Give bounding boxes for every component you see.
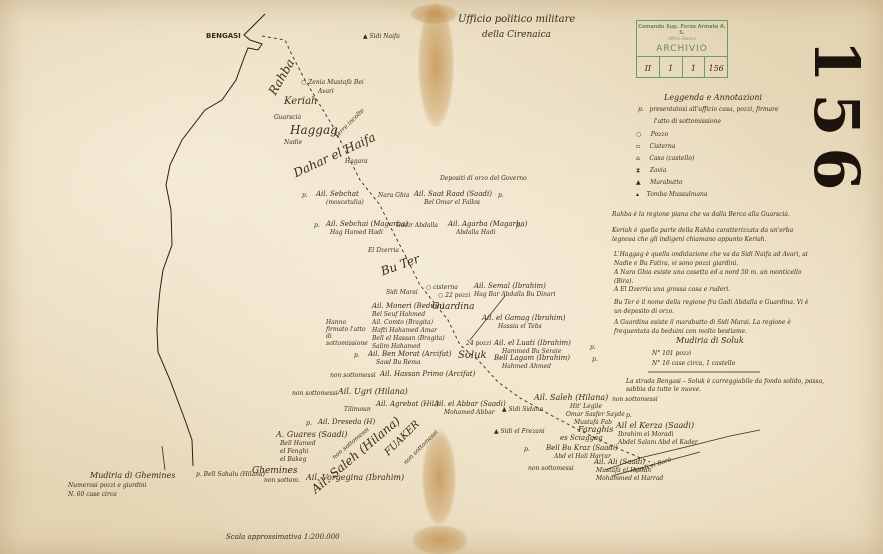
p-marker: p.: [306, 420, 312, 427]
title-line-1: Ufficio politico militare: [458, 14, 575, 25]
stamp-cell: 1: [682, 57, 705, 77]
tribe-gamag-sub: Hassia el Tebs: [498, 323, 542, 330]
p-marker: p.: [498, 192, 504, 199]
tribe-hassan-b: Bell el Hassan (Bragita): [372, 335, 445, 342]
road-note: La strada Bengasi – Soluk è carreggiabil…: [626, 378, 826, 394]
tribe-kerza-sub1: Ibrahim el Moradi: [618, 431, 673, 438]
place-cisterna: ○ cisterna: [426, 284, 458, 291]
annotation-guardina: A Guardina esiste il marabutto di Sidi M…: [614, 318, 819, 336]
place-sidi-frezani: ▲ Sidi el Frezani: [494, 428, 545, 435]
tribe-comto-sub: Hafti Hahamed Amar: [372, 327, 437, 334]
stamp-archivio: ARCHIVIO: [637, 44, 727, 54]
sheet-digit: 6: [809, 129, 863, 209]
stamp-line-2: Ufficio Storico: [637, 36, 727, 41]
place-tilimoun: Tilimoun: [344, 406, 371, 413]
tribe-ail-ali: Ail. Ali (Saadi): [594, 458, 645, 466]
place-el-dzerria: El Dzerria: [368, 247, 399, 254]
legend-label: Marabutto: [650, 179, 682, 186]
tribe-lagam: Bell Lagam (Ibrahim): [494, 354, 570, 362]
tribe-saat-raad-sub: Bel Omar el Fallos: [424, 199, 480, 206]
legend-item: ⌂ Casa (castello): [636, 155, 694, 162]
annotation-bu-ter: Bu Ter è il nome della regione fra Gadi …: [614, 298, 814, 316]
tribe-saleh-east-sub1: Hit' Legile: [570, 403, 602, 410]
legend-item: ▴ Tomba Mussulmana: [636, 191, 707, 198]
place-label: Sidi Naifa: [370, 33, 400, 40]
zavia-icon: ⧗: [636, 167, 640, 174]
house-icon: ⌂: [636, 155, 640, 162]
label-non-sottomessi: non sottomessi: [612, 396, 658, 403]
stamp-cells: II 1 1 156: [637, 56, 727, 77]
legend-label: presentatosi all'ufficio casa, pozzi, fi…: [649, 106, 778, 113]
tribe-bu-kraz: Bell Bu Kraz (Saadi): [546, 444, 618, 452]
stamp-cell: 1: [659, 57, 682, 77]
tribe-guares-sub3: el Bakeg: [280, 456, 306, 463]
ghemines-bracket: [162, 446, 165, 470]
mudiria-ghemines-line1: Numerosi pozzi e giardini: [68, 482, 147, 489]
tribe-agrebat: Ail. Agrebat (Hil.): [376, 400, 439, 408]
tribe-saat-raad: Ail. Saat Raad (Saadi): [414, 190, 492, 198]
p-marker: p.: [524, 446, 530, 453]
stamp-cell: 156: [704, 57, 727, 77]
tribe-kerza-sub2: Abdel Salam Abd el Kader: [618, 439, 698, 446]
place-bengasi: BENGASI: [206, 32, 241, 40]
legend-label: Tomba Mussulmana: [647, 191, 708, 198]
tribe-guares-sub1: Bell Hamed: [280, 440, 316, 447]
title-line-2: della Cirenaica: [482, 30, 551, 40]
annotation-nara-ghia: A Nara Ghia esiste una casetta ed a nord…: [614, 268, 814, 286]
tribe-moneri: Ail. Moneri (Beduin): [372, 302, 444, 310]
cistern-icon: ▫: [636, 143, 640, 150]
marabout-icon: ▲: [494, 428, 499, 435]
legend-label: Casa (castello): [649, 155, 694, 162]
legend-label: l'atto di sottomissione: [654, 118, 721, 125]
place-hagara: Hagara: [345, 158, 368, 165]
tribe-ben-morat: Ail. Ben Morat (Arcifat): [368, 350, 452, 358]
label-non-sottomessi: non sottomessi: [330, 372, 376, 379]
annotation-haggag: L'Haggag è quella ondulazione che va da …: [614, 250, 814, 268]
tribe-saleh-east: Ail. Saleh (Hilana): [534, 393, 608, 402]
legend-label: Zavia: [650, 167, 667, 174]
legend-title: Leggenda e Annotazioni: [664, 93, 762, 102]
place-guarscia: Guarscià: [274, 114, 301, 121]
mudiria-ghemines-line2: N. 60 case circa: [68, 491, 117, 498]
tribe-luati: Ail. el Luati (Ibrahim): [494, 339, 571, 347]
legend-item: l'atto di sottomissione: [654, 118, 721, 125]
tribe-hassan-primo: Ail. Hassan Primo (Arcifat): [380, 370, 475, 378]
label-non-sottomessi: non sottomessi: [292, 390, 338, 397]
tribe-vorgegina: Ail. Vorgegina (Ibrahim): [306, 473, 404, 482]
p-marker: p.: [592, 356, 598, 363]
place-soluk: Soluk: [458, 350, 487, 361]
tribe-ben-morat-sub: Saad Bu Rema: [376, 359, 421, 366]
tribe-kerza: Ail el Kerza (Saadi): [616, 421, 694, 430]
p-marker: p.: [302, 192, 308, 199]
place-faraghis: Faraghis: [578, 425, 613, 434]
historical-map-sheet: Ufficio politico militare della Cirenaic…: [0, 0, 883, 554]
p-marker: p.: [314, 222, 320, 229]
tribe-abbar-sub: Mohamed Abbar: [444, 409, 495, 416]
place-zenia: ○ Zenia Mustafà Bei: [301, 79, 364, 86]
tribe-saleh-east-sub2: Omar Sasfer Sayde: [566, 411, 625, 418]
stamp-cell: II: [637, 57, 659, 77]
marabout-icon: ▲: [636, 179, 641, 186]
tribe-moneri-sub: Bel Seuf Hahmed: [372, 311, 425, 318]
place-sciaggag: es Sciaggag: [560, 434, 603, 442]
p-marker: p.: [354, 352, 360, 359]
tribe-comto: Ail. Comto (Bragita): [372, 319, 433, 326]
legend-symbol: p.: [638, 106, 644, 113]
mudiria-soluk-title: Mudiria di Soluk: [676, 336, 744, 345]
tribe-guares-sub2: el Fenghi: [280, 448, 308, 455]
place-nara-ghia: Nara Ghia: [378, 192, 409, 199]
legend-item: ○ Pozzo: [636, 131, 668, 138]
tribe-hassan-b-sub: Salim Hahamed: [372, 343, 420, 350]
tribe-lagam-sub: Hahmed Ahmed: [502, 363, 551, 370]
place-deposito: Depositi di orzo del Governo: [440, 175, 527, 182]
p-marker: p.: [516, 222, 522, 229]
place-avari: Avari: [318, 88, 334, 95]
note-submitted-left: Hanno firmato l'atto di sottomissione: [326, 319, 368, 347]
mudiria-ghemines-title: Mudiria di Ghemines: [90, 471, 175, 480]
place-ghemines: Ghemines: [252, 466, 297, 476]
tomb-icon: ▴: [636, 191, 639, 198]
sheet-number: 1 5 6: [796, 34, 876, 204]
marabout-icon: ▲: [502, 406, 507, 413]
tribe-guares: A. Guares (Saadi): [276, 430, 347, 439]
annotation-rahba: Rahba è la regione piana che va dalla Be…: [612, 210, 812, 219]
place-label: Sidi Sidana: [509, 406, 544, 413]
tribe-sebchat: Ail. Sebchat: [316, 190, 359, 198]
annotation-el-dzerria: A El Dzerria una grossa casa e ruderi.: [614, 286, 730, 293]
p-marker: p.: [626, 412, 632, 419]
tribe-sebchat-sub: (moscetulia): [326, 199, 364, 206]
legend-item: ⧗ Zavia: [636, 167, 666, 175]
place-sidi-naifa: ▲ Sidi Naifa: [363, 33, 400, 40]
tribe-ugri: Ail. Ugri (Hilana): [338, 387, 408, 396]
label-non-sottomessi: non sottomessi: [528, 465, 574, 472]
legend-label: Cisterna: [650, 143, 676, 150]
tribe-sebchai-sub: Hag Hamed Hadi: [330, 229, 383, 236]
archive-stamp: Comando Sup. Forze Armate A. S. Ufficio …: [636, 20, 728, 78]
tribe-semal: Ail. Semal (Ibrahim): [474, 282, 546, 290]
place-pozzi-24: 24 pozzi: [466, 340, 491, 347]
place-pozzi-22: ○ 22 pozzi: [438, 292, 470, 299]
tribe-dreseda: Ail. Dreseda (H): [318, 418, 375, 426]
legend-item: ▫ Cisterna: [636, 143, 676, 150]
region-haggag: Haggag: [290, 123, 338, 137]
marabout-icon: ▲: [363, 33, 368, 40]
annotation-keriah: Keriah è quella parte della Rahba caratt…: [612, 226, 812, 244]
place-sidi-sidana: ▲ Sidi Sidana: [502, 406, 543, 413]
legend-item: p. presentatosi all'ufficio casa, pozzi,…: [638, 106, 779, 113]
place-sidi-marai: Sidi Marai: [386, 289, 418, 296]
place-label: Sidi el Frezani: [501, 428, 545, 435]
tribe-ail-ali-sub2: Mohammed el Harrad: [596, 475, 663, 482]
mudiria-soluk-line1: N° 101 pozzi: [652, 350, 691, 357]
mudiria-soluk-line2: N° 16 case circa, 1 castello: [652, 360, 735, 367]
map-scale: Scala approssimativa 1:200.000: [226, 533, 340, 541]
legend-item: ▲ Marabutto: [636, 179, 682, 186]
coastline: [157, 14, 265, 466]
well-icon: ○: [636, 131, 641, 138]
tribe-abbar: Ail. el Abbar (Saadi): [434, 400, 506, 408]
place-ghemines-sub: non sottom.: [264, 477, 300, 484]
tribe-gamag: Ail. el Gamag (Ibrahim): [482, 314, 565, 322]
stamp-line-1: Comando Sup. Forze Armate A. S.: [637, 24, 727, 36]
region-keriah: Keriah: [284, 96, 318, 107]
p-marker: p.: [590, 344, 596, 351]
tribe-semal-sub: Hag Bar Abdalla Bu Dinari: [474, 291, 555, 298]
legend-label: Pozzo: [651, 131, 668, 138]
tribe-agarba-sub: Abdalla Hadi: [456, 229, 495, 236]
place-gadi-abdalla: Gadir Abdalla: [396, 222, 438, 229]
place-nadie: Nadie: [284, 139, 302, 146]
